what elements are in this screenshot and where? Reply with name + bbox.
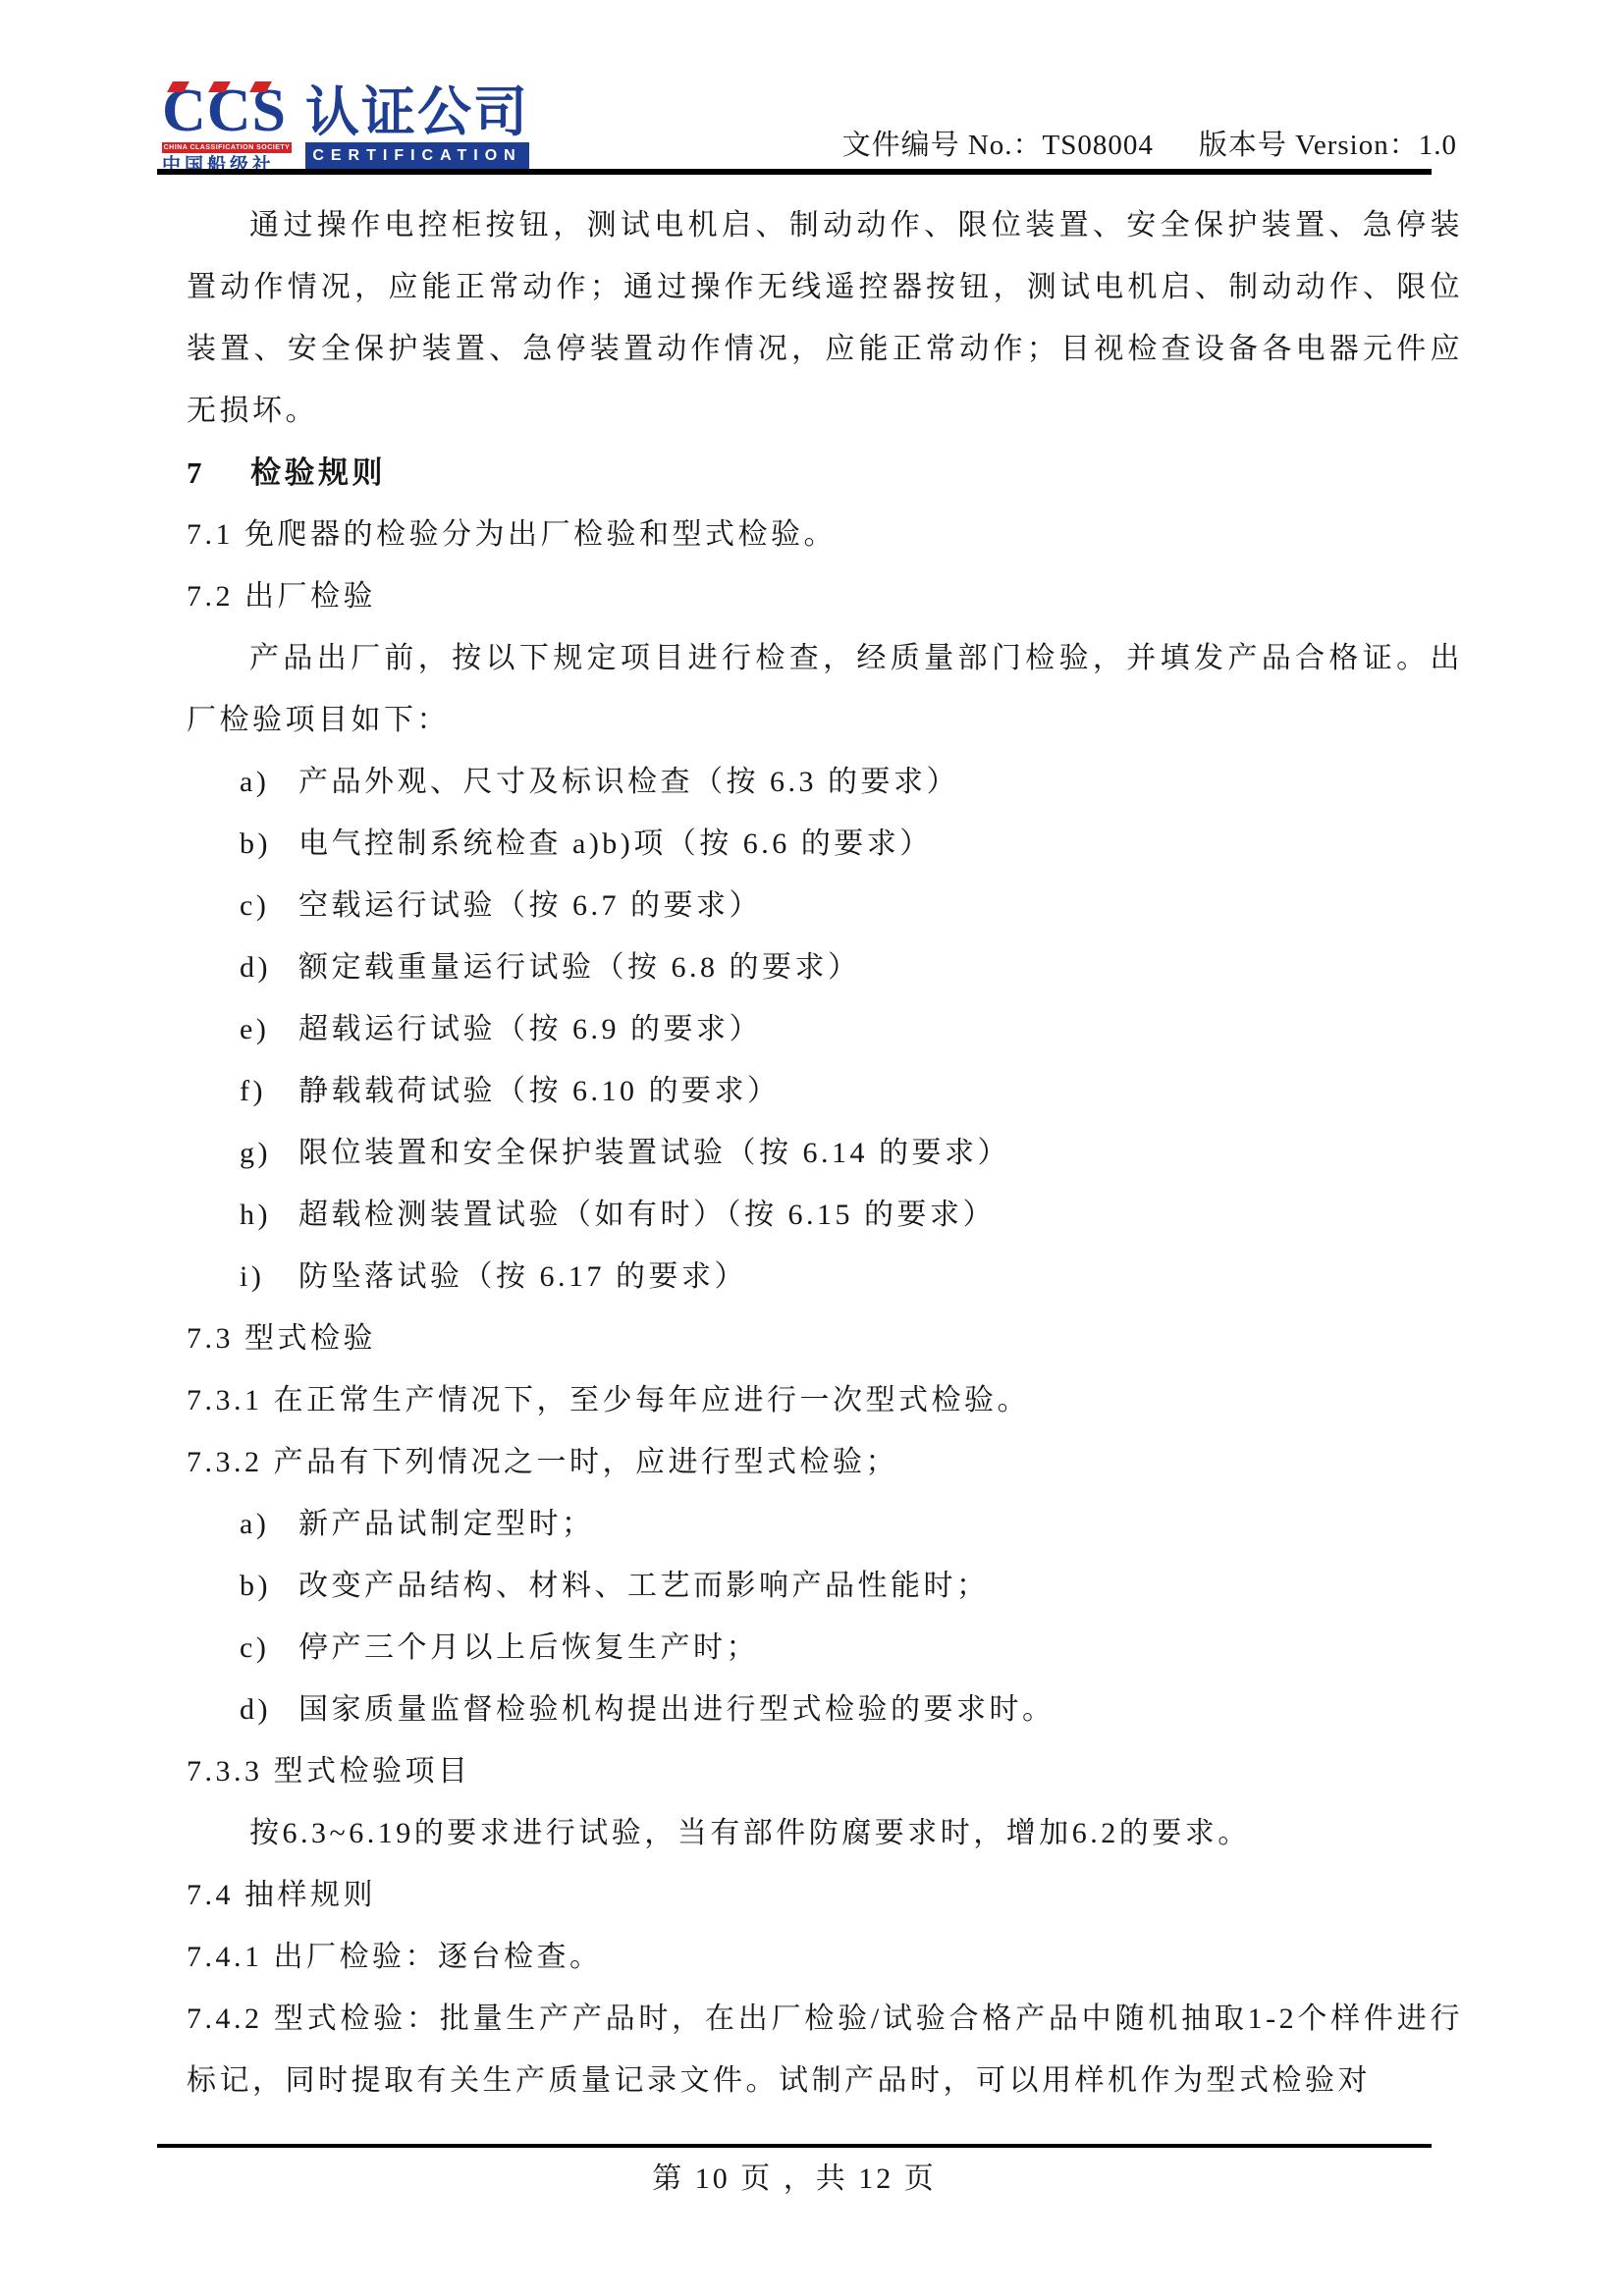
page-number: 第 10 页 ，共 12 页: [157, 2150, 1432, 2209]
list-item-text: 限位装置和安全保护装置试验（按 6.14 的要求）: [298, 1122, 1463, 1184]
list-item: h)超载检测装置试验（如有时）（按 6.15 的要求）: [187, 1184, 1463, 1246]
section-heading: 7检验规则: [187, 442, 1463, 504]
section-title: 检验规则: [250, 455, 386, 490]
list-item: a)新产品试制定型时；: [187, 1493, 1463, 1555]
company-name-cn: 认证公司: [305, 86, 529, 138]
body-paragraph: 7.3.1 在正常生产情况下，至少每年应进行一次型式检验。: [187, 1369, 1463, 1431]
list-item: g)限位装置和安全保护装置试验（按 6.14 的要求）: [187, 1122, 1463, 1184]
list-marker: b): [240, 813, 298, 875]
list-item-text: 空载运行试验（按 6.7 的要求）: [298, 875, 1463, 936]
list-item: a)产品外观、尺寸及标识检查（按 6.3 的要求）: [187, 751, 1463, 813]
list-item: c)停产三个月以上后恢复生产时；: [187, 1617, 1463, 1679]
version-label: 版本号 Version：: [1199, 130, 1419, 161]
list-item-text: 产品外观、尺寸及标识检查（按 6.3 的要求）: [298, 751, 1463, 813]
list-item-text: 新产品试制定型时；: [298, 1493, 1463, 1555]
list-item: i)防坠落试验（按 6.17 的要求）: [187, 1246, 1463, 1308]
body-paragraph: 7.3.3 型式检验项目: [187, 1740, 1463, 1802]
list-marker: g): [240, 1122, 298, 1184]
list-marker: h): [240, 1184, 298, 1246]
company-logo: CCS CHINA CLASSIFICATION SOCIETY 中国船级社 认…: [162, 86, 529, 177]
ccs-logo-letters: CCS: [162, 86, 292, 139]
list-item-text: 额定载重量运行试验（按 6.8 的要求）: [298, 936, 1463, 998]
certification-banner: CERTIFICATION: [305, 142, 529, 169]
body-paragraph: 7.4.2 型式检验：批量生产产品时，在出厂检验/试验合格产品中随机抽取1-2个…: [187, 1988, 1463, 2111]
list-item-text: 停产三个月以上后恢复生产时；: [298, 1617, 1463, 1679]
list-marker: a): [240, 751, 298, 813]
list-item-text: 电气控制系统检查 a)b)项（按 6.6 的要求）: [298, 813, 1463, 875]
list-marker: e): [240, 998, 298, 1060]
list-item: f)静载载荷试验（按 6.10 的要求）: [187, 1060, 1463, 1122]
body-paragraph: 按6.3~6.19的要求进行试验，当有部件防腐要求时，增加6.2的要求。: [187, 1802, 1463, 1864]
list-item-text: 防坠落试验（按 6.17 的要求）: [298, 1246, 1463, 1308]
list-marker: f): [240, 1060, 298, 1122]
list-item-text: 改变产品结构、材料、工艺而影响产品性能时；: [298, 1555, 1463, 1617]
document-body: 通过操作电控柜按钮，测试电机启、制动动作、限位装置、安全保护装置、急停装置动作情…: [187, 194, 1463, 2111]
list-item-text: 国家质量监督检验机构提出进行型式检验的要求时。: [298, 1679, 1463, 1740]
list-item: d)国家质量监督检验机构提出进行型式检验的要求时。: [187, 1679, 1463, 1740]
list-item: c)空载运行试验（按 6.7 的要求）: [187, 875, 1463, 936]
list-item-text: 超载检测装置试验（如有时）（按 6.15 的要求）: [298, 1184, 1463, 1246]
section-number: 7: [187, 442, 205, 504]
body-paragraph: 7.2 出厂检验: [187, 565, 1463, 627]
certification-logo-block: 认证公司 CERTIFICATION: [305, 86, 529, 169]
doc-number-label: 文件编号 No.：: [842, 130, 1043, 161]
list-marker: a): [240, 1493, 298, 1555]
document-page: CCS CHINA CLASSIFICATION SOCIETY 中国船级社 认…: [0, 0, 1624, 2296]
body-paragraph: 7.3.2 产品有下列情况之一时，应进行型式检验；: [187, 1431, 1463, 1493]
list-marker: c): [240, 875, 298, 936]
doc-number: TS08004: [1043, 130, 1154, 161]
list-item: b)电气控制系统检查 a)b)项（按 6.6 的要求）: [187, 813, 1463, 875]
footer-divider: [157, 2144, 1432, 2148]
header-divider: [157, 169, 1432, 175]
version-number: 1.0: [1419, 130, 1457, 161]
body-paragraph: 7.1 免爬器的检验分为出厂检验和型式检验。: [187, 504, 1463, 565]
list-item: d)额定载重量运行试验（按 6.8 的要求）: [187, 936, 1463, 998]
list-marker: c): [240, 1617, 298, 1679]
body-paragraph: 7.4 抽样规则: [187, 1864, 1463, 1926]
list-marker: i): [240, 1246, 298, 1308]
body-paragraph: 产品出厂前，按以下规定项目进行检查，经质量部门检验，并填发产品合格证。出厂检验项…: [187, 627, 1463, 751]
ccs-logo-block: CCS CHINA CLASSIFICATION SOCIETY 中国船级社: [162, 86, 292, 177]
list-marker: d): [240, 936, 298, 998]
body-paragraph: 7.4.1 出厂检验：逐台检查。: [187, 1926, 1463, 1988]
body-paragraph: 7.3 型式检验: [187, 1308, 1463, 1369]
list-item: b)改变产品结构、材料、工艺而影响产品性能时；: [187, 1555, 1463, 1617]
list-item-text: 超载运行试验（按 6.9 的要求）: [298, 998, 1463, 1060]
list-marker: b): [240, 1555, 298, 1617]
page-header: CCS CHINA CLASSIFICATION SOCIETY 中国船级社 认…: [162, 86, 1457, 177]
list-item: e)超载运行试验（按 6.9 的要求）: [187, 998, 1463, 1060]
body-paragraph: 通过操作电控柜按钮，测试电机启、制动动作、限位装置、安全保护装置、急停装置动作情…: [187, 194, 1463, 442]
list-item-text: 静载载荷试验（按 6.10 的要求）: [298, 1060, 1463, 1122]
list-marker: d): [240, 1679, 298, 1740]
